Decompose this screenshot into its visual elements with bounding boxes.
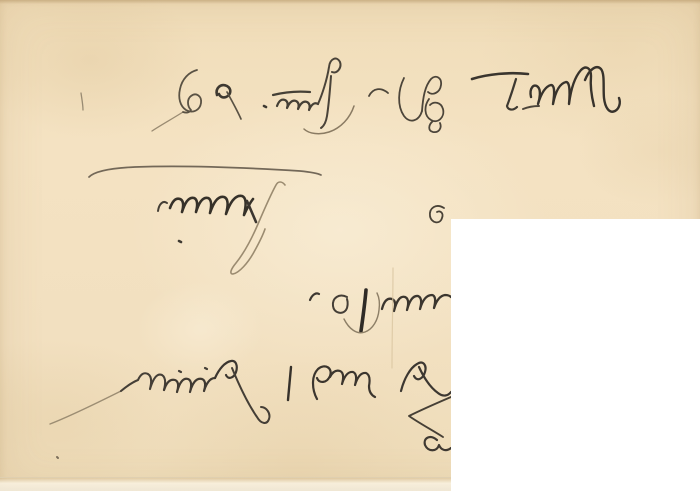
line1-glyph-eta-tail xyxy=(227,92,241,119)
line4-curl xyxy=(425,437,451,450)
line3-bold-bar xyxy=(361,290,366,331)
line4-angle xyxy=(409,397,451,437)
line1-word1-stem xyxy=(507,79,517,110)
line1-glyph-8 xyxy=(422,77,443,132)
line4-loop-word xyxy=(313,366,375,399)
line3-comma xyxy=(310,293,319,300)
line1-word1-bar xyxy=(472,73,528,79)
blank-overlay-region xyxy=(451,219,700,491)
line4-descender xyxy=(232,368,269,423)
mark-dash xyxy=(81,93,83,110)
line4-start xyxy=(121,373,165,391)
ink-dot xyxy=(57,457,58,458)
ink-dot xyxy=(205,368,207,369)
line2-tick xyxy=(158,202,167,211)
line4-final-h xyxy=(401,363,451,396)
line1-word1-zigzag xyxy=(531,68,594,106)
line1-flourish xyxy=(152,112,183,131)
paper-crease xyxy=(392,268,393,368)
ink-dot xyxy=(179,241,181,242)
line1-tilde xyxy=(369,89,388,96)
spiral-curl xyxy=(430,206,444,222)
line2-junction xyxy=(247,201,256,222)
line2-waves xyxy=(170,196,253,215)
line4-zigzag xyxy=(164,378,215,392)
line1-glyph-y xyxy=(399,78,422,121)
line1-glyph-delta xyxy=(179,70,201,113)
line1-word2-bar xyxy=(273,92,310,95)
ink-dot xyxy=(264,106,266,107)
line1-word2-arc xyxy=(304,106,354,134)
line4-tail xyxy=(50,391,121,424)
underline-flourish xyxy=(89,166,321,177)
line3-a-loop xyxy=(333,296,348,313)
line1-word2-ascender xyxy=(318,59,340,128)
scanned-card: Illegible inverted cursive ink handwriti… xyxy=(0,0,700,491)
ink-dot xyxy=(179,371,181,372)
line1-word2-waves xyxy=(277,100,318,110)
line4-bar xyxy=(288,367,291,400)
line1-word1-dash xyxy=(523,106,539,109)
